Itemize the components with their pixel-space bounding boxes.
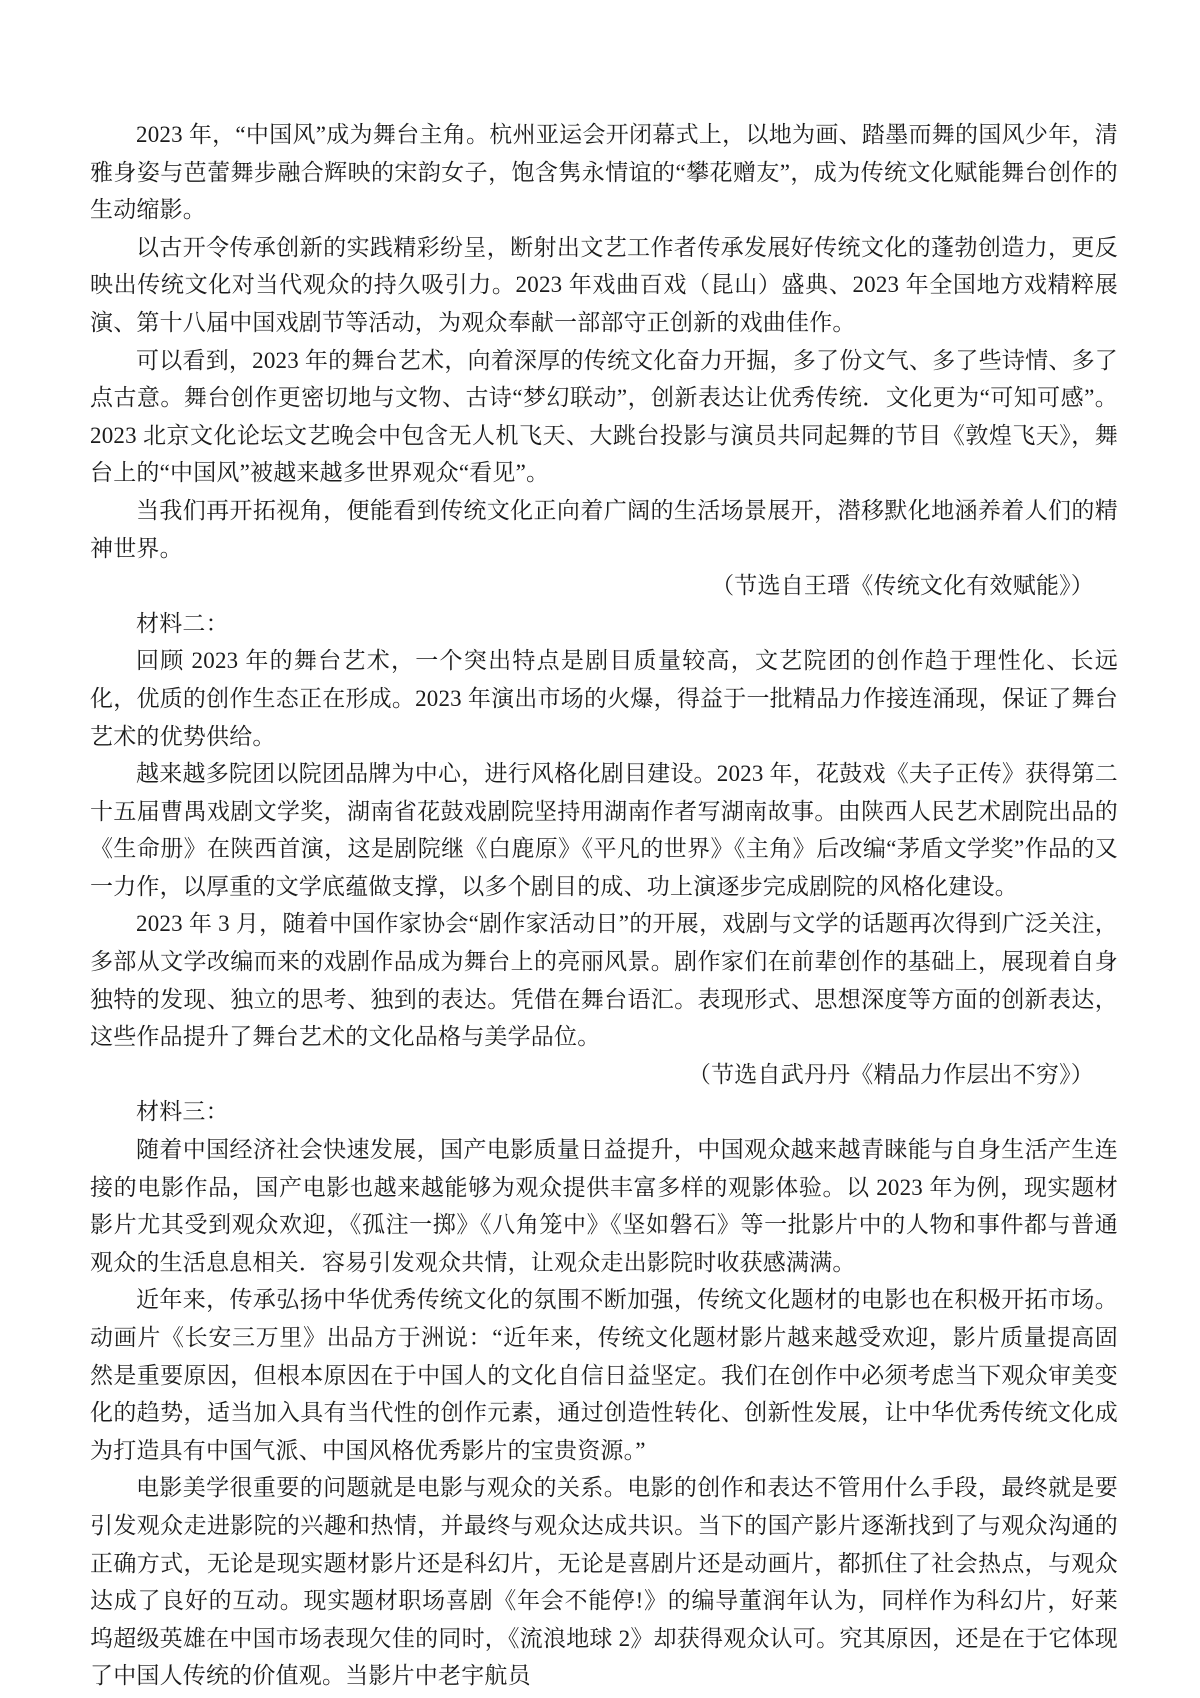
paragraph: 随着中国经济社会快速发展，国产电影质量日益提升，中国观众越来越青睐能与自身生活产… (90, 1131, 1118, 1281)
paragraph: 电影美学很重要的问题就是电影与观众的关系。电影的创作和表达不管用什么手段，最终就… (90, 1469, 1118, 1695)
material-label: 材料三： (90, 1093, 1118, 1131)
paragraph: 当我们再开拓视角，便能看到传统文化正向着广阔的生活场景展开，潜移默化地涵养着人们… (90, 492, 1118, 567)
paragraph: 2023 年 3 月，随着中国作家协会“剧作家活动日”的开展，戏剧与文学的话题再… (90, 905, 1118, 1055)
paragraph: 回顾 2023 年的舞台艺术，一个突出特点是剧目质量较高，文艺院团的创作趋于理性… (90, 642, 1118, 755)
paragraph: 近年来，传承弘扬中华优秀传统文化的氛围不断加强，传统文化题材的电影也在积极开拓市… (90, 1281, 1118, 1469)
material-label: 材料二： (90, 605, 1118, 643)
paragraph: 可以看到，2023 年的舞台艺术，向着深厚的传统文化奋力开掘，多了份文气、多了些… (90, 342, 1118, 492)
paragraph: 2023 年，“中国风”成为舞台主角。杭州亚运会开闭幕式上，以地为画、踏墨而舞的… (90, 116, 1118, 229)
paragraph: 越来越多院团以院团品牌为中心，进行风格化剧目建设。2023 年，花鼓戏《夫子正传… (90, 755, 1118, 905)
attribution: （节选自武丹丹《精品力作层出不穷》） (90, 1056, 1118, 1094)
document-body: 2023 年，“中国风”成为舞台主角。杭州亚运会开闭幕式上，以地为画、踏墨而舞的… (90, 116, 1118, 1695)
paragraph: 以古开令传承创新的实践精彩纷呈，断射出文艺工作者传承发展好传统文化的蓬勃创造力，… (90, 229, 1118, 342)
exam-paper-page: 2023 年，“中国风”成为舞台主角。杭州亚运会开闭幕式上，以地为画、踏墨而舞的… (0, 0, 1200, 1698)
attribution: （节选自王瑨《传统文化有效赋能》） (90, 567, 1118, 605)
